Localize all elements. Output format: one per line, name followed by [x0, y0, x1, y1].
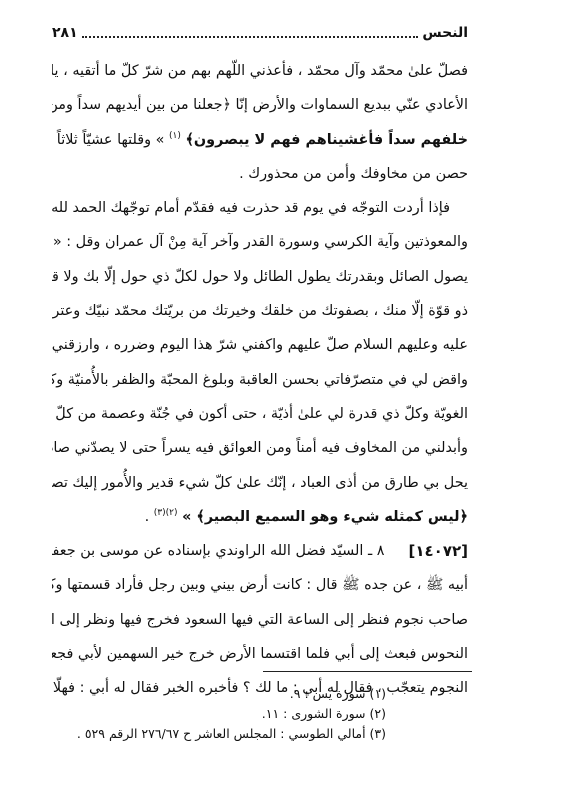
text-line-part: الأعادي عنّي ببديع السماوات والأرض إنّا … — [52, 97, 468, 113]
footnote-ref-1: (١) — [169, 131, 181, 141]
running-header: النحس ٢٨١ — [52, 22, 468, 44]
footnote-separator — [263, 671, 472, 672]
footnote-ref-2-3: (٢)(٣) — [154, 508, 178, 518]
text-line: فإذا أردت التوجّه في يوم قد حذرت فيه فقد… — [52, 191, 468, 225]
text-line: واقض لي في متصرّفاتي بحسن العاقبة وبلوغ … — [52, 363, 468, 397]
footnote-2: (٢) سورة الشورى : ١١. — [52, 704, 468, 724]
text-line: ذو قوّة إلّا منك ، بصفوتك من خلقك وخيرتك… — [52, 294, 468, 328]
text-line: وأبدلني من المخاوف فيه أمناً ومن العوائق… — [52, 431, 468, 465]
quran-quote: ﴿ليس كمثله شيء وهو السميع البصير﴾ » — [182, 509, 468, 525]
main-text: فصلّ علىٰ محمّد وآل محمّد ، فأعذني اللّه… — [52, 54, 468, 706]
page-number: ٢٨١ — [52, 25, 78, 41]
text-line: والمعوذتين وآية الكرسي وسورة القدر وآخر … — [52, 225, 468, 259]
footnotes: (١) سورة يس : ٩. (٢) سورة الشورى : ١١. (… — [52, 684, 468, 744]
hadith-header-line: [١٤٠٧٢] ٨ ـ السيّد فضل الله الراوندي بإس… — [52, 534, 468, 568]
text-line: يحل بي طارق من أذى العباد ، إنّك علىٰ كل… — [52, 466, 468, 500]
text-line-part: » وقلتها عشيّاً ثلاثاً ، حصلت في — [52, 132, 164, 148]
book-page: النحس ٢٨١ فصلّ علىٰ محمّد وآل محمّد ، فأ… — [0, 0, 566, 795]
hadith-first-line: ٨ ـ السيّد فضل الله الراوندي بإسناده عن … — [52, 534, 385, 568]
text-line: النحوس فبعث إلى أبي فلما اقتسما الأرض خر… — [52, 637, 468, 671]
header-dot-leader — [82, 28, 419, 38]
sentence-end: . — [145, 509, 150, 525]
text-line: الأعادي عنّي ببديع السماوات والأرض إنّا … — [52, 88, 468, 122]
text-line: الغويّة وكلّ ذي قدرة لي علىٰ أذيّة ، حتى… — [52, 397, 468, 431]
text-line: عليه وعليهم السلام صلّ عليهم واكفني شرّ … — [52, 328, 468, 362]
running-title: النحس — [422, 25, 468, 41]
text-line: صاحب نجوم فنظر إلى الساعة التي فيها السع… — [52, 603, 468, 637]
text-line: ﴿ليس كمثله شيء وهو السميع البصير﴾ » (٢)(… — [52, 500, 468, 534]
text-line: يصول الصائل وبقدرتك يطول الطائل ولا حول … — [52, 260, 468, 294]
text-line: فصلّ علىٰ محمّد وآل محمّد ، فأعذني اللّه… — [52, 54, 468, 88]
text-line: أبيه ﷺ ، عن جده ﷺ قال : كانت أرض بيني وب… — [52, 568, 468, 602]
footnote-1: (١) سورة يس : ٩. — [52, 684, 468, 704]
text-line: حصن من مخاوفك وأمن من محذورك . — [52, 157, 468, 191]
quran-quote: خلفهم سداً فأغشيناهم فهم لا يبصرون﴾ — [185, 132, 468, 148]
footnote-3: (٣) أمالي الطوسي : المجلس العاشر ح ٢٧٦/٦… — [52, 724, 468, 744]
hadith-number: [١٤٠٧٢] — [409, 534, 469, 568]
text-line: خلفهم سداً فأغشيناهم فهم لا يبصرون﴾ (١) … — [52, 123, 468, 157]
